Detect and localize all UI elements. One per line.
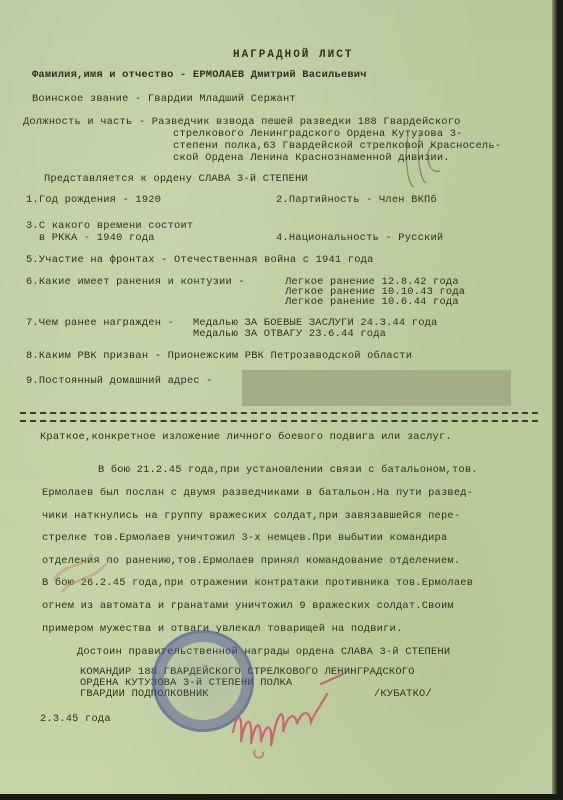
address-label: 9.Постоянный домашний адрес - [26, 376, 213, 387]
service-since-field: 3.С какого времени состоит [26, 221, 193, 232]
award-entry: Медалью ЗА ОТВАГУ 23.6.44 года [193, 329, 386, 340]
fronts-field: 5.Участие на фронтах - Отечественная вой… [26, 255, 374, 266]
redacted-address [242, 370, 511, 406]
body-line: В бою 21.2.45 года,при установлении связ… [98, 465, 478, 476]
wound-entry: Легкое ранение 10.6.44 года [285, 297, 459, 308]
body-line: огнем из автомата и гранатами уничтожил … [42, 601, 454, 612]
signer-name: /КУБАТКО/ [374, 689, 432, 700]
service-since-field: в РККА - 1940 года [26, 233, 155, 244]
divider [20, 412, 538, 422]
birth-year-field: 1.Год рождения - 1920 [26, 195, 161, 206]
drafted-field: 8.Каким РВК призван - Прионежским РВК Пе… [26, 351, 412, 362]
summary-heading: Краткое,конкретное изложение личного бое… [40, 432, 452, 443]
nationality-field: 4.Национальность - Русский [276, 233, 443, 244]
position-line: Должность и часть - Разведчик взвода пеш… [23, 117, 461, 128]
awards-label: 7.Чем ранее награжден - [26, 318, 174, 329]
document-title: НАГРАДНОЙ ЛИСТ [233, 50, 353, 61]
document-date: 2.3.45 года [40, 714, 111, 725]
award-sheet: НАГРАДНОЙ ЛИСТ Фамилия,имя и отчество - … [0, 0, 557, 794]
wounds-label: 6.Какие имеет ранения и контузии - [26, 277, 245, 288]
handwritten-mark-icon [400, 125, 460, 195]
party-field: 2.Партийность - Член ВКПб [276, 195, 437, 206]
nominated-line: Представляется к ордену СЛАВА 3-й СТЕПЕН… [44, 174, 308, 185]
body-line: Ермолаев был послан с двумя разведчиками… [42, 488, 473, 499]
name-line: Фамилия,имя и отчество - ЕРМОЛАЕВ Дмитри… [32, 70, 367, 81]
rank-line: Воинское звание - Гвардии Младший Сержан… [32, 94, 296, 105]
marginal-stamp-mark-icon [48, 540, 118, 600]
handwritten-signature-icon [225, 672, 375, 762]
body-line: чики наткнулись на группу вражеских солд… [42, 511, 460, 522]
conclusion-line: Достоин правительственной награды ордена… [77, 647, 450, 658]
